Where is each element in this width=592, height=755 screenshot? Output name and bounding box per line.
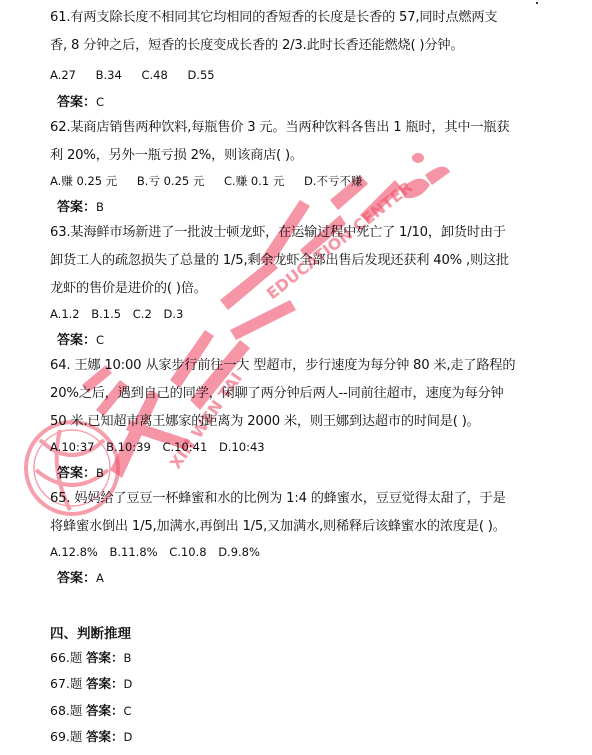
answer-value: C [96, 95, 104, 109]
answer-value: D [124, 677, 133, 691]
answer-value: A [96, 571, 104, 585]
option-c: C.10:41 [162, 440, 207, 454]
answer-label: 答案： [57, 200, 96, 215]
answer-value: B [124, 651, 132, 665]
option-c: C.赚 0.1 元 [224, 174, 284, 188]
option-d: D.10:43 [219, 440, 265, 454]
answer-label: 答案： [86, 676, 124, 691]
question-61-line-2: 香, 8 分钟之后，短香的长度变成长香的 2/3.此时长香还能燃烧( )分钟。 [50, 38, 463, 54]
answer-value: C [96, 333, 104, 347]
question-number: 69.题 [50, 729, 86, 745]
option-b: B.34 [96, 68, 122, 82]
option-c: C.2 [133, 307, 152, 321]
option-d: D.不亏不赚 [304, 174, 363, 188]
answer-label: 答案： [86, 650, 124, 665]
option-b: B.亏 0.25 元 [137, 174, 204, 188]
question-65-options: A.12.8% B.11.8% C.10.8 D.9.8% [50, 544, 268, 560]
option-b: B.1.5 [91, 307, 121, 321]
option-a: A.1.2 [50, 307, 80, 321]
option-a: A.赚 0.25 元 [50, 174, 117, 188]
question-63-line-3: 龙虾的售价是进价的( )倍。 [50, 281, 207, 297]
option-c: C.48 [141, 68, 167, 82]
option-b: B.10:39 [106, 440, 151, 454]
question-64-options: A.10:37 B.10:39 C.10:41 D.10:43 [50, 439, 273, 455]
question-number: 66.题 [50, 650, 86, 666]
judgement-row-67: 67.题答案：D [50, 676, 132, 692]
question-63-line-2: 卸货工人的疏忽损失了总量的 1/5,剩余龙虾全部出售后发现还获利 40% ,则这… [50, 253, 509, 269]
question-65-answer: 答案：A [57, 570, 104, 587]
answer-label: 答案： [57, 95, 96, 110]
question-62-answer: 答案：B [57, 199, 104, 216]
option-d: D.55 [187, 68, 214, 82]
question-64-line-2: 20%之后，遇到自己的同学，闲聊了两分钟后两人--同前往超市，速度为每分钟 [50, 386, 503, 402]
answer-value: B [96, 466, 104, 480]
answer-label: 答案： [57, 333, 96, 348]
question-62-line-2: 利 20%，另外一瓶亏损 2%，则该商店( )。 [50, 148, 303, 164]
question-62-options: A.赚 0.25 元 B.亏 0.25 元 C.赚 0.1 元 D.不亏不赚 [50, 173, 379, 189]
question-64-line-3: 50 米.已知超市离王娜家的距离为 2000 米，则王娜到达超市的时间是( )。 [50, 414, 480, 430]
option-c: C.10.8 [169, 545, 206, 559]
question-65-line-1: 65. 妈妈给了豆豆一杯蜂蜜和水的比例为 1:4 的蜂蜜水，豆豆觉得太甜了，于是 [50, 491, 506, 507]
question-63-answer: 答案：C [57, 332, 104, 349]
option-a: A.27 [50, 68, 76, 82]
option-a: A.12.8% [50, 545, 98, 559]
question-64-line-1: 64. 王娜 10:00 从家步行前往一大 型超市，步行速度为每分钟 80 米,… [50, 358, 515, 374]
question-62-line-1: 62.某商店销售两种饮料,每瓶售价 3 元。当两种饮料各售出 1 瓶时，其中一瓶… [50, 120, 509, 136]
section-title: 四、判断推理 [50, 622, 131, 642]
judgement-row-69: 69.题答案：D [50, 729, 132, 745]
option-b: B.11.8% [110, 545, 158, 559]
question-number: 67.题 [50, 676, 86, 692]
answer-value: C [124, 704, 132, 718]
answer-label: 答案： [86, 703, 124, 718]
page-corner-mark [536, 2, 538, 4]
answer-label: 答案： [57, 466, 96, 481]
option-d: D.9.8% [218, 545, 260, 559]
option-a: A.10:37 [50, 440, 94, 454]
option-d: D.3 [163, 307, 183, 321]
judgement-row-68: 68.题答案：C [50, 703, 132, 719]
answer-value: B [96, 200, 104, 214]
question-65-line-2: 将蜂蜜水倒出 1/5,加满水,再倒出 1/5,又加满水,则稀释后该蜂蜜水的浓度是… [50, 519, 506, 535]
answer-label: 答案： [86, 729, 124, 744]
answer-value: D [124, 730, 133, 744]
question-number: 68.题 [50, 703, 86, 719]
question-61-line-1: 61.有两支除长度不相同其它均相同的香短香的长度是长香的 57,同时点燃两支 [50, 10, 497, 26]
question-61-answer: 答案：C [57, 94, 104, 111]
judgement-row-66: 66.题答案：B [50, 650, 131, 666]
question-61-options: A.27 B.34 C.48 D.55 [50, 67, 231, 83]
question-64-answer: 答案：B [57, 465, 104, 482]
question-63-line-1: 63.某海鲜市场新进了一批波士顿龙虾，在运输过程中死亡了 1/10，卸货时由于 [50, 225, 506, 241]
document-page: XIN WEN TAI EDUCATION CENTER 61.有两支除长度不相… [0, 0, 592, 755]
question-63-options: A.1.2 B.1.5 C.2 D.3 [50, 306, 191, 322]
answer-label: 答案： [57, 571, 96, 586]
